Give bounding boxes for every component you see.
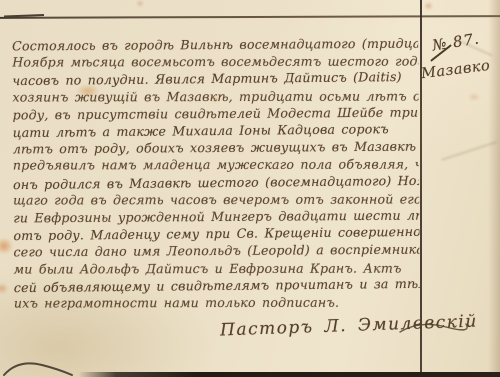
page-corner-curl <box>0 351 80 377</box>
paper-stain <box>424 2 433 10</box>
text-line: щаго года въ десять часовъ вечеромъ отъ … <box>13 190 419 208</box>
paper-stain <box>0 238 13 254</box>
paper-stain <box>136 0 144 7</box>
text-line: ихъ неграмотности нами только подписанъ. <box>14 294 420 312</box>
text-line: Состоялось въ городѣ Вильнѣ восемнадцато… <box>12 35 418 55</box>
margin-record-number: № 87. <box>431 29 481 54</box>
paper-stain <box>468 93 480 101</box>
scanned-register-page: Состоялось въ городѣ Вильнѣ восемнадцато… <box>0 0 500 377</box>
paper-stain <box>0 283 8 294</box>
paper-stain <box>210 96 220 103</box>
text-line: часовъ по полудни. Явился Мартинъ Дайтис… <box>12 68 418 89</box>
text-line: сего числа дано имя Леопольдъ (Leopold) … <box>13 241 419 261</box>
page-right-edge-shadow <box>488 0 500 377</box>
paper-stain <box>76 84 100 98</box>
top-horizontal-rule <box>0 15 500 19</box>
text-line: предъявилъ намъ младенца мужескаго пола … <box>13 156 419 174</box>
scan-bottom-edge <box>78 372 500 377</box>
signature-flourish <box>398 318 468 340</box>
record-body-text: Состоялось въ городѣ Вильнѣ восемнадцато… <box>12 35 420 318</box>
